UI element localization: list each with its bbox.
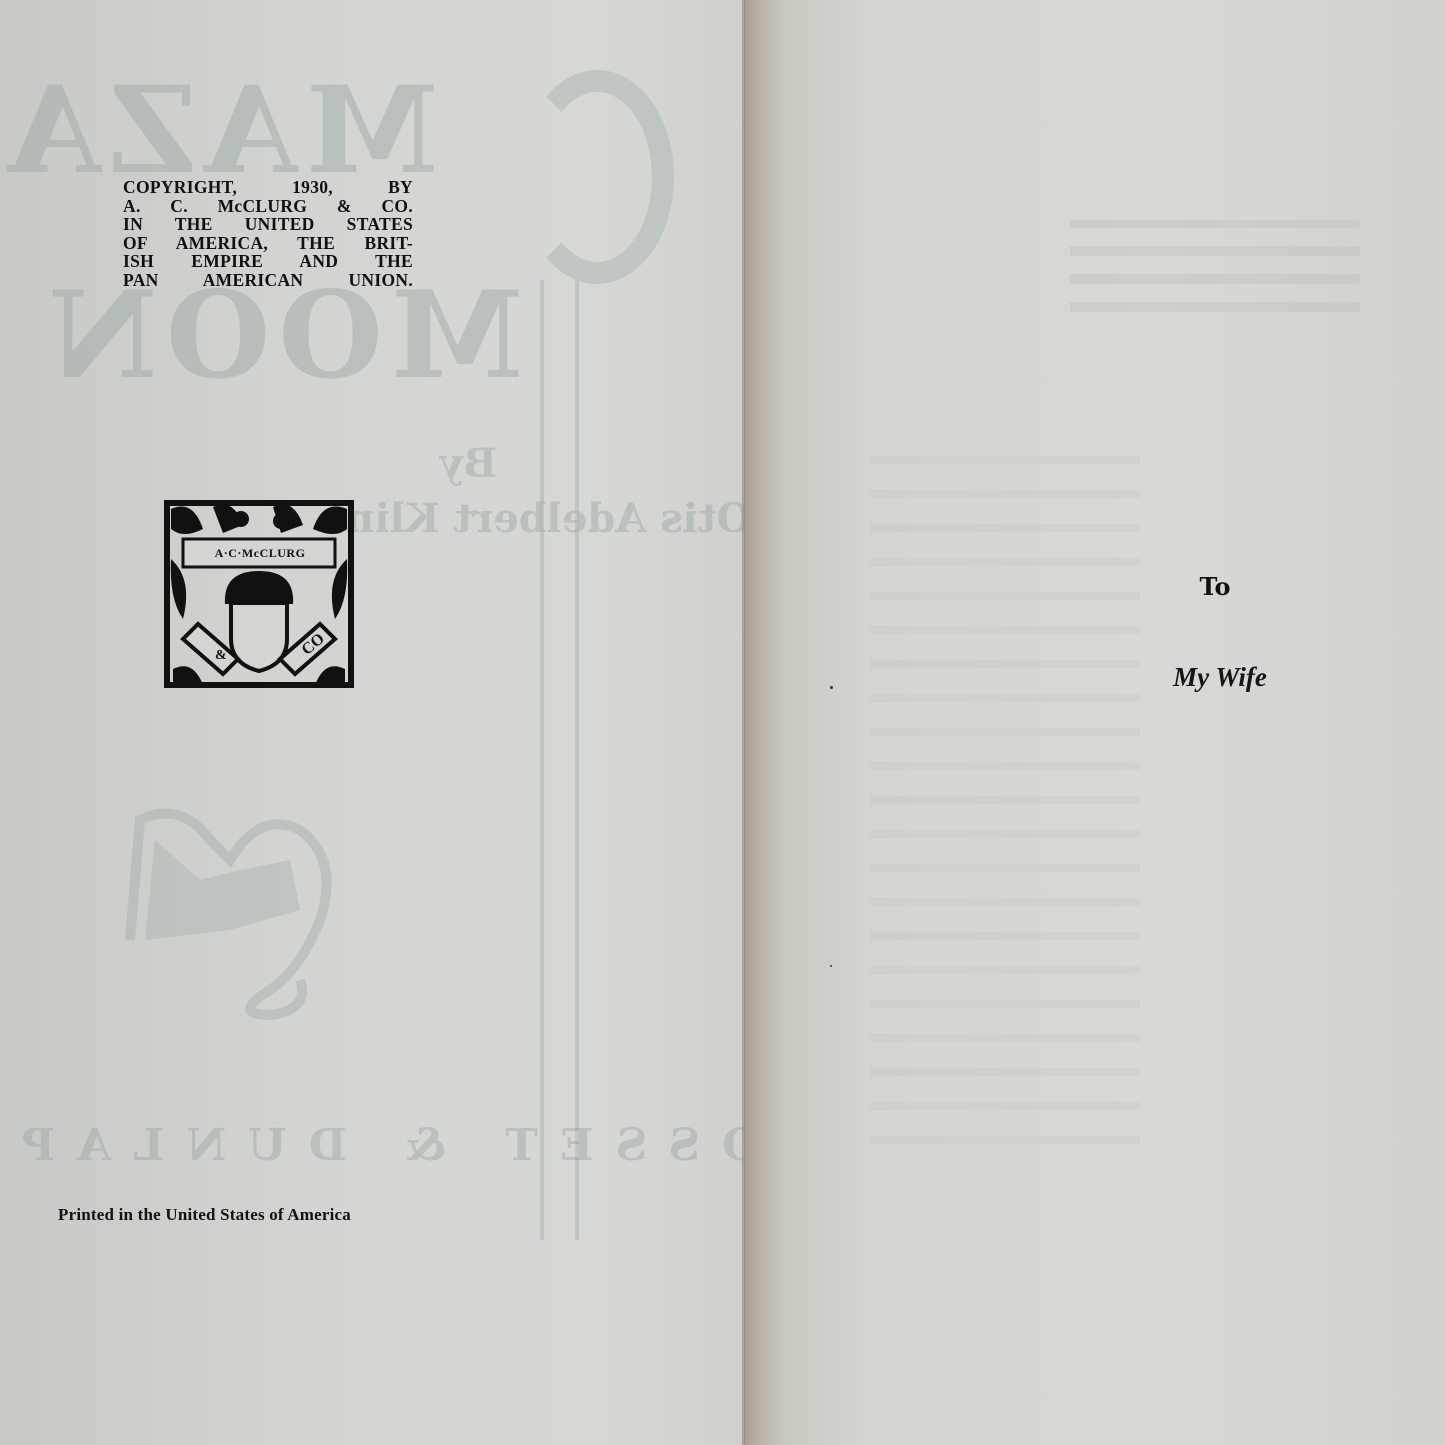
left-page: MAZA MOON By Otis Adelbert Kline GROSSET… <box>0 0 744 1445</box>
dedication-to: To <box>1180 572 1250 601</box>
bleed-crescent-moon-icon <box>520 70 674 284</box>
bleed-right-heading <box>1070 220 1360 330</box>
printed-in-notice: Printed in the United States of America <box>58 1205 351 1225</box>
paper-speck <box>830 686 833 689</box>
bleed-rule-line <box>575 280 579 1240</box>
copyright-line: ISH EMPIRE AND THE <box>123 252 413 271</box>
publisher-device-acorn-icon: CO & A·C·McCLURG <box>163 499 355 689</box>
dedication-name: My Wife <box>1130 662 1310 693</box>
bleed-right-lines <box>870 430 1140 1170</box>
svg-text:&: & <box>215 648 227 663</box>
device-banner-text: A·C·McCLURG <box>185 541 335 565</box>
bleed-by: By <box>440 440 497 487</box>
copyright-line: A. C. McCLURG & CO. <box>123 197 413 216</box>
bleed-ornament-icon <box>120 800 350 1020</box>
copyright-line: COPYRIGHT, 1930, BY <box>123 178 413 197</box>
book-gutter <box>742 0 745 1445</box>
copyright-line: IN THE UNITED STATES <box>123 215 413 234</box>
copyright-line: PAN AMERICAN UNION. <box>123 271 413 290</box>
bleed-publisher: GROSSET & DUNLAP <box>0 1120 744 1171</box>
copyright-notice: COPYRIGHT, 1930, BY A. C. McCLURG & CO. … <box>123 178 413 289</box>
right-page <box>744 0 1445 1445</box>
copyright-line: OF AMERICA, THE BRIT- <box>123 234 413 253</box>
bleed-rule-line <box>540 280 544 1240</box>
paper-speck <box>830 965 832 967</box>
bleed-author: Otis Adelbert Kline <box>320 495 744 542</box>
